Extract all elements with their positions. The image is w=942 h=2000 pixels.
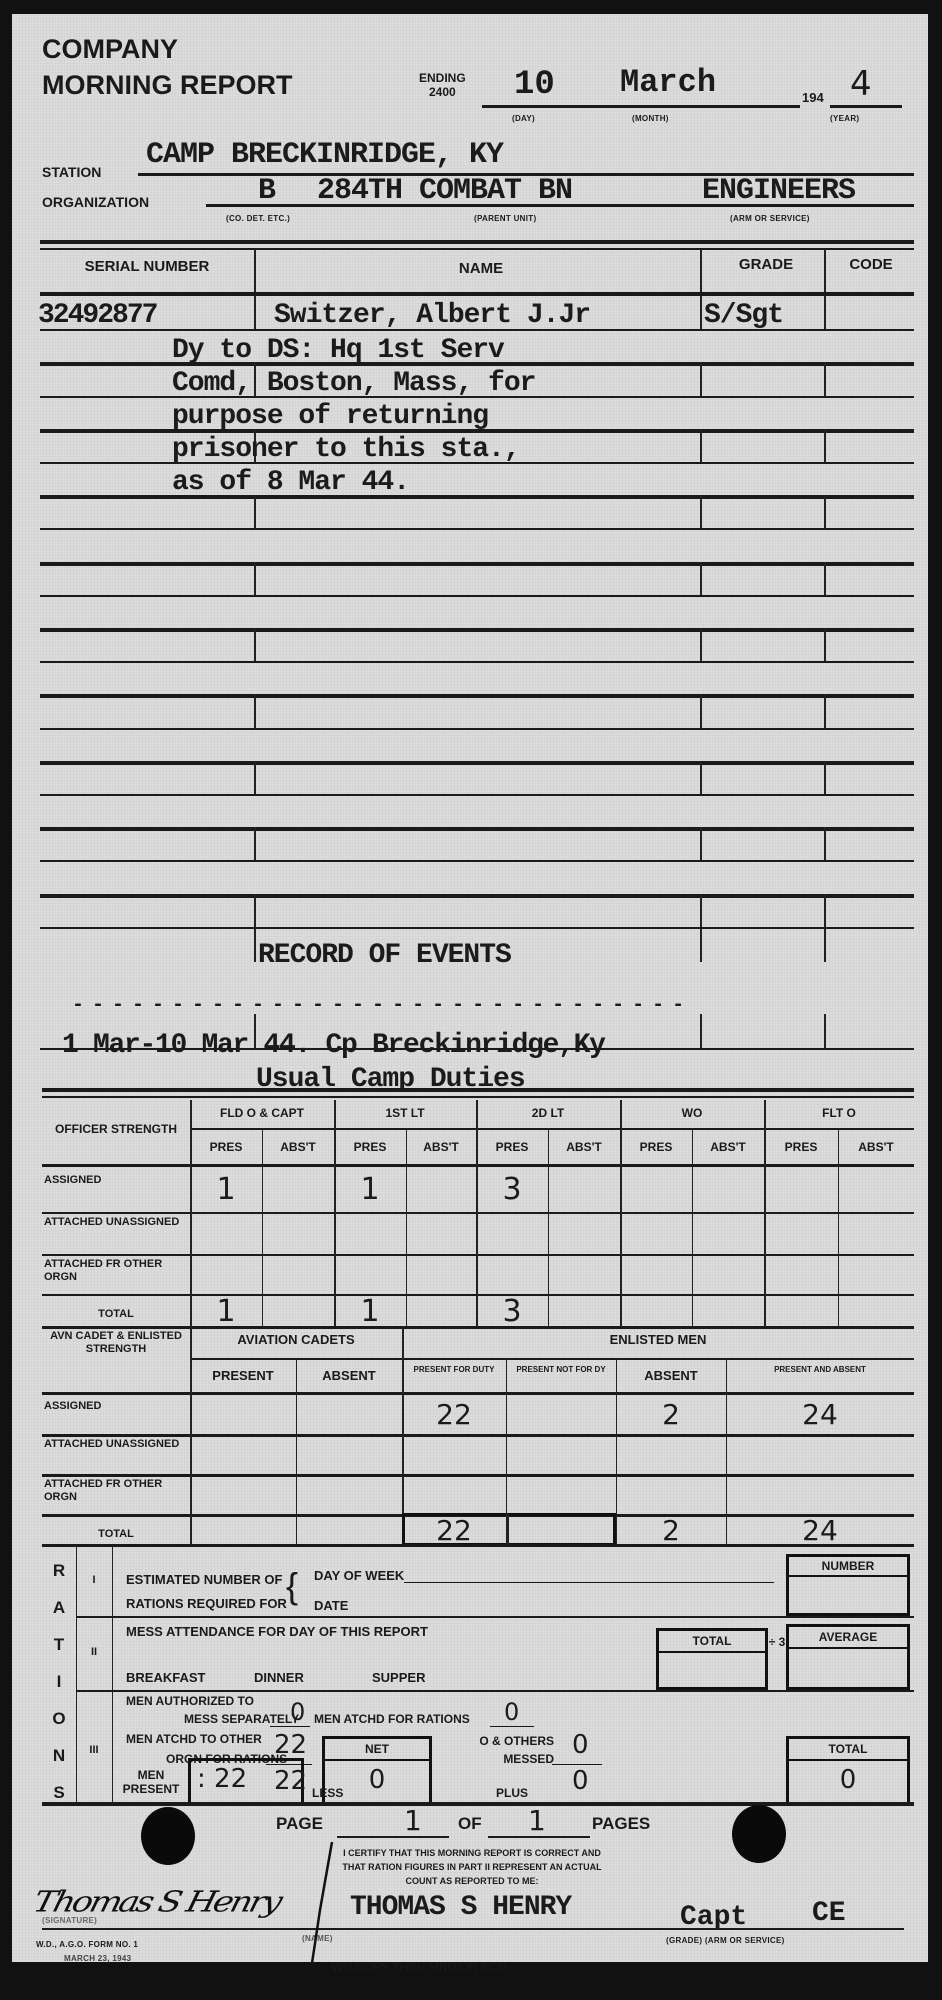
officer-row-label: TOTAL: [44, 1308, 188, 1321]
officer-subheader: ABS'T: [692, 1140, 764, 1154]
enlisted-subheader: PRESENT NOT FOR DY: [506, 1364, 616, 1376]
grid-line: [190, 1128, 914, 1130]
enlisted-cell: 24: [726, 1516, 914, 1546]
number-label: NUMBER: [789, 1557, 907, 1577]
day-of-week-label: DAY OF WEEK: [314, 1568, 404, 1583]
remark-line: purpose of returning: [172, 400, 535, 433]
plus-label: PLUS: [496, 1786, 528, 1800]
date-label: DATE: [314, 1598, 348, 1613]
men-present-label-2: PRESENT: [116, 1782, 186, 1796]
men-present-label: MEN PRESENT: [116, 1768, 186, 1796]
others-messed-value: 0: [572, 1730, 589, 1760]
enlisted-men-header: ENLISTED MEN: [402, 1332, 914, 1347]
officer-cell: 1: [334, 1296, 406, 1328]
part-1-label-2: RATIONS REQUIRED FOR: [126, 1592, 287, 1616]
signature-stroke-icon: [302, 1840, 342, 1980]
grid-line: [190, 1326, 192, 1544]
part-1-numeral: I: [76, 1574, 112, 1586]
men-atchd-other-label-1: MEN ATCHD TO OTHER: [126, 1732, 262, 1746]
aviation-cadets-header: AVIATION CADETS: [190, 1332, 402, 1347]
plus-value: 0: [572, 1766, 589, 1796]
ending-label-1: ENDING: [419, 71, 466, 85]
grid-line: [406, 1128, 407, 1326]
signature-caption: (SIGNATURE): [42, 1916, 97, 1925]
officer-cell: 1: [334, 1166, 406, 1214]
signature: Thomas S Henry: [30, 1885, 284, 1919]
parent-unit-value: 284TH COMBAT BN: [317, 174, 572, 208]
page-label: PAGE: [276, 1814, 323, 1834]
grid-line: [42, 1474, 914, 1477]
month-caption: (MONTH): [632, 114, 669, 123]
events-line-1: 1 Mar-10 Mar 44. Cp Breckinridge,Ky: [62, 1030, 605, 1061]
men-atchd-other-value: 22: [274, 1730, 307, 1760]
part-1-label: ESTIMATED NUMBER OF RATIONS REQUIRED FOR: [126, 1568, 287, 1616]
enlisted-cell: 22: [402, 1516, 506, 1546]
enlisted-row-label: ATTACHED FR OTHER ORGN: [44, 1478, 188, 1504]
enlisted-cell: 24: [726, 1394, 914, 1436]
rations-letter: O: [42, 1700, 76, 1737]
part-1-label-1: ESTIMATED NUMBER OF: [126, 1568, 287, 1592]
arm-caption: (ARM OR SERVICE): [730, 214, 810, 223]
grid-line: [838, 1128, 839, 1326]
enlisted-cell: 2: [616, 1516, 726, 1546]
grid-line: [296, 1358, 297, 1544]
men-atchd-rations-label: MEN ATCHD FOR RATIONS: [314, 1712, 470, 1726]
enlisted-row-label: ASSIGNED: [44, 1400, 188, 1413]
men-authorized-value: 0: [290, 1698, 305, 1726]
col-grade: GRADE: [704, 256, 828, 273]
morning-report-page: COMPANY MORNING REPORT ENDING 2400 10 Ma…: [12, 14, 928, 1962]
col-serial-number: SERIAL NUMBER: [42, 258, 252, 275]
station-label: STATION: [42, 164, 101, 180]
others-messed-label: O & OTHERS MESSED: [458, 1732, 554, 1768]
enlisted-subheader: ABSENT: [616, 1368, 726, 1384]
officer-group-header: WO: [620, 1106, 764, 1120]
rations-letter: A: [42, 1589, 76, 1626]
officer-subheader: ABS'T: [406, 1140, 476, 1154]
wd-copy-note: WD COPY THRU MRU OR SCU: [332, 1960, 506, 1974]
remark-line: Comd, Boston, Mass, for: [172, 367, 535, 400]
remark-line: prisoner to this sta.,: [172, 433, 535, 466]
company-value: B: [258, 174, 276, 208]
grade-value: S/Sgt: [704, 300, 783, 331]
events-separator: - - - - - - - - - - - - - - - - - - - - …: [72, 994, 682, 1017]
pages-label: PAGES: [592, 1814, 650, 1834]
grid-line: [764, 1100, 766, 1326]
company-caption: (CO. DET. ETC.): [226, 214, 290, 223]
enlisted-subheader: PRESENT: [190, 1368, 296, 1384]
officer-row-label: ATTACHED UNASSIGNED: [44, 1216, 188, 1229]
rations-letter: I: [42, 1663, 76, 1700]
day-caption: (DAY): [512, 114, 535, 123]
grid-line: [692, 1128, 693, 1326]
dinner-label: DINNER: [254, 1670, 304, 1685]
officer-subheader: PRES: [764, 1140, 838, 1154]
form-number: W.D., A.G.O. FORM NO. 1: [36, 1940, 138, 1949]
signer-name: THOMAS S HENRY: [350, 1892, 571, 1923]
binder-hole-left: [141, 1807, 195, 1865]
enlisted-row-label: TOTAL: [44, 1528, 188, 1541]
men-present-label-1: MEN: [116, 1768, 186, 1782]
enlisted-cell: 2: [616, 1394, 726, 1436]
part-2-numeral: II: [76, 1646, 112, 1658]
form-title: COMPANY MORNING REPORT: [42, 34, 293, 100]
name-value: Switzer, Albert J.Jr: [274, 300, 590, 331]
part-3-numeral: III: [76, 1744, 112, 1756]
signer-service: CE: [812, 1898, 846, 1929]
enlisted-cell: 22: [402, 1394, 506, 1436]
parent-caption: (PARENT UNIT): [474, 214, 536, 223]
divide-by-three: ÷ 3: [768, 1634, 786, 1650]
mess-total-box: TOTAL: [656, 1628, 768, 1690]
col-name: NAME: [258, 260, 704, 277]
supper-label: SUPPER: [372, 1670, 425, 1685]
average-label: AVERAGE: [789, 1627, 907, 1649]
ending-label: ENDING 2400: [419, 71, 466, 99]
average-box: AVERAGE: [786, 1624, 910, 1690]
officer-cell: 3: [476, 1296, 548, 1328]
officer-subheader: PRES: [190, 1140, 262, 1154]
record-of-events-title: RECORD OF EVENTS: [258, 940, 511, 971]
officer-subheader: PRES: [620, 1140, 692, 1154]
report-day: 10: [514, 66, 555, 104]
enlisted-subheader: PRESENT FOR DUTY: [402, 1364, 506, 1376]
rations-letter: N: [42, 1737, 76, 1774]
officer-strength-title: OFFICER STRENGTH: [42, 1122, 190, 1137]
grid-line: [620, 1100, 622, 1326]
ending-label-2: 2400: [419, 85, 466, 99]
grid-line: [190, 1358, 914, 1360]
enlisted-strength-title: AVN CADET & ENLISTED STRENGTH: [42, 1330, 190, 1356]
officer-subheader: ABS'T: [262, 1140, 334, 1154]
report-year: 4: [850, 64, 872, 104]
form-date: MARCH 23, 1943: [64, 1954, 131, 1963]
grid-line: [506, 1514, 509, 1544]
enlisted-row-label: ATTACHED UNASSIGNED: [44, 1438, 188, 1451]
arm-service-value: ENGINEERS: [702, 174, 855, 208]
mess-total-label: TOTAL: [659, 1631, 765, 1653]
rations-total-label: TOTAL: [789, 1739, 907, 1761]
officer-group-header: 1ST LT: [334, 1106, 476, 1120]
officer-cell: 3: [476, 1166, 548, 1214]
serial-number-value: 32492877: [38, 300, 156, 331]
rations-side-label: R A T I O N S: [42, 1552, 76, 1811]
officer-cell: 1: [190, 1166, 262, 1214]
net-label: NET: [325, 1739, 429, 1761]
officer-subheader: ABS'T: [548, 1140, 620, 1154]
men-atchd-rations-value: 0: [504, 1698, 519, 1726]
remarks-block: Dy to DS: Hq 1st Serv Comd, Boston, Mass…: [172, 334, 535, 499]
officer-subheader: PRES: [476, 1140, 548, 1154]
title-line-1: COMPANY: [42, 34, 293, 64]
grid-line: [42, 1254, 914, 1256]
rations-letter: T: [42, 1626, 76, 1663]
brace-icon: {: [286, 1562, 298, 1610]
less-value: 22: [274, 1766, 307, 1796]
col-code: CODE: [828, 256, 914, 273]
grid-line: [262, 1128, 263, 1326]
rations-total-value: 0: [789, 1761, 907, 1799]
men-authorized-label-1: MEN AUTHORIZED TO: [126, 1694, 254, 1708]
men-authorized-label-2: MESS SEPARATELY: [184, 1712, 299, 1726]
enlisted-subheader: ABSENT: [296, 1368, 402, 1384]
remark-line: as of 8 Mar 44.: [172, 466, 535, 499]
mess-attendance-label: MESS ATTENDANCE FOR DAY OF THIS REPORT: [126, 1624, 428, 1639]
page-number: 1: [404, 1804, 422, 1837]
officer-group-header: FLD O & CAPT: [190, 1106, 334, 1120]
title-line-2: MORNING REPORT: [42, 70, 293, 100]
officer-group-header: FLT O: [764, 1106, 914, 1120]
others-label-2: MESSED: [458, 1750, 554, 1768]
enlisted-subheader: PRESENT AND ABSENT: [726, 1364, 914, 1376]
organization-label: ORGANIZATION: [42, 194, 149, 210]
station-value: CAMP BRECKINRIDGE, KY: [146, 138, 503, 172]
officer-group-header: 2D LT: [476, 1106, 620, 1120]
binder-hole-right: [732, 1805, 786, 1863]
less-label: LESS: [312, 1786, 343, 1800]
year-caption: (YEAR): [830, 114, 859, 123]
others-label-1: O & OTHERS: [458, 1732, 554, 1750]
grid-line: [548, 1128, 549, 1326]
officer-row-label: ASSIGNED: [44, 1174, 188, 1187]
officer-subheader: ABS'T: [838, 1140, 914, 1154]
rations-total-box: TOTAL 0: [786, 1736, 910, 1802]
page-total: 1: [528, 1804, 546, 1837]
officer-subheader: PRES: [334, 1140, 406, 1154]
rations-letter: R: [42, 1552, 76, 1589]
grade-caption: (GRADE) (ARM OR SERVICE): [666, 1936, 785, 1945]
remark-line: Dy to DS: Hq 1st Serv: [172, 334, 535, 367]
year-prefix: 194: [802, 90, 824, 105]
number-box: NUMBER: [786, 1554, 910, 1616]
report-month: March: [620, 64, 716, 101]
breakfast-label: BREAKFAST: [126, 1670, 205, 1685]
of-label: OF: [458, 1814, 482, 1834]
officer-cell: 1: [190, 1296, 262, 1328]
officer-row-label: ATTACHED FR OTHER ORGN: [44, 1258, 188, 1284]
